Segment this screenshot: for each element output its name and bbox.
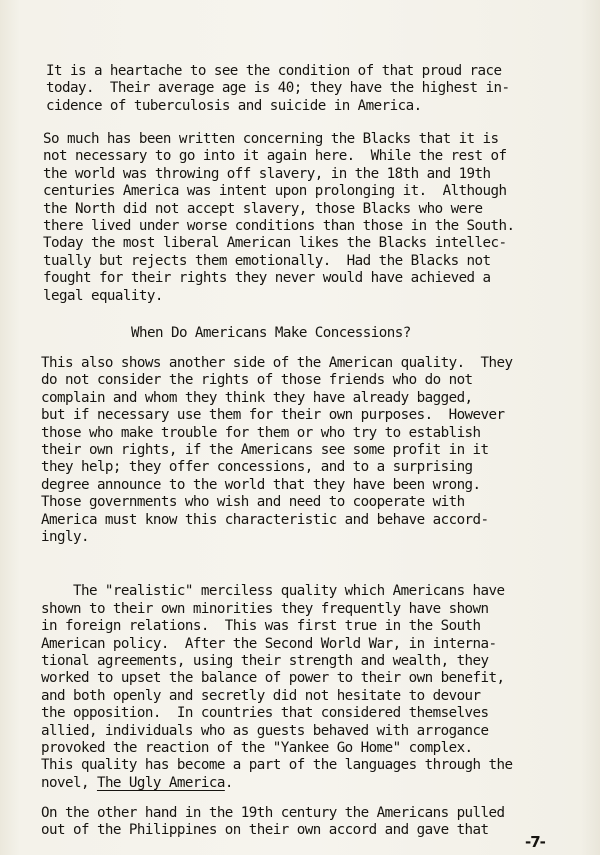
document-page: It is a heartache to see the condition o… bbox=[0, 0, 600, 855]
paragraph-4-last-prefix: novel, bbox=[41, 775, 97, 791]
page-number: -7- bbox=[525, 833, 545, 851]
paragraph-2: So much has been written concerning the … bbox=[43, 131, 563, 305]
book-title: The Ugly America bbox=[97, 775, 225, 791]
paragraph-4-last-suffix: . bbox=[225, 775, 233, 791]
section-heading: When Do Americans Make Concessions? bbox=[131, 325, 600, 342]
paragraph-1: It is a heartache to see the condition o… bbox=[46, 63, 566, 115]
paragraph-5: On the other hand in the 19th century th… bbox=[41, 805, 561, 840]
paragraph-3: This also shows another side of the Amer… bbox=[41, 355, 561, 546]
paragraph-4: The "realistic" merciless quality which … bbox=[41, 566, 561, 810]
paragraph-4-body: The "realistic" merciless quality which … bbox=[41, 583, 513, 773]
